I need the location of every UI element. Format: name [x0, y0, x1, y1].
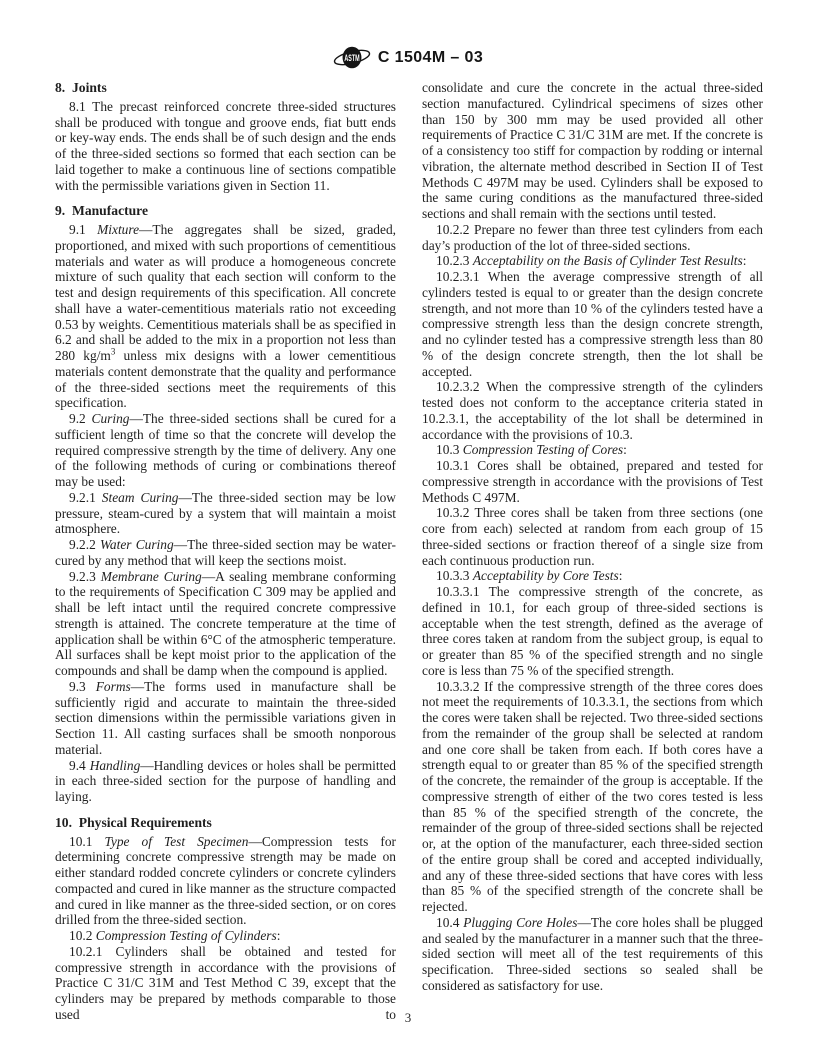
paragraph: 10.3 Compression Testing of Cores: — [422, 442, 763, 458]
italic-run: Steam Curing — [102, 490, 179, 505]
text-run: 9.3 — [69, 679, 96, 694]
italic-run: Type of Test Specimen — [104, 834, 248, 849]
text-run: 9.1 — [69, 222, 97, 237]
paragraph: 10.3.3 Acceptability by Core Tests: — [422, 568, 763, 584]
italic-run: Water Curing — [100, 537, 174, 552]
text-run: 8.1 The precast reinforced concrete thre… — [55, 99, 396, 193]
paragraph: 9.1 Mixture—The aggregates shall be size… — [55, 222, 396, 411]
text-run: —A sealing membrane conforming to the re… — [55, 569, 396, 679]
doc-code: C 1504M – 03 — [378, 49, 483, 67]
text-run: : — [623, 442, 627, 457]
paragraph: 9.3 Forms—The forms used in manufacture … — [55, 679, 396, 758]
text-run: 10.3.2 Three cores shall be taken from t… — [422, 505, 763, 567]
paragraph: 9.2.2 Water Curing—The three-sided secti… — [55, 537, 396, 569]
text-run: : — [743, 253, 747, 268]
italic-run: Handling — [90, 758, 141, 773]
italic-run: Curing — [92, 411, 130, 426]
section-heading: 10. Physical Requirements — [55, 815, 396, 831]
paragraph: 8.1 The precast reinforced concrete thre… — [55, 99, 396, 194]
italic-run: Plugging Core Holes — [463, 915, 577, 930]
text-run: 10.3.1 Cores shall be obtained, prepared… — [422, 458, 763, 505]
text-run: 10.3.3.2 If the compressive strength of … — [422, 679, 763, 915]
document-page: ASTM C 1504M – 03 8. Joints8.1 The preca… — [0, 0, 816, 1056]
text-run: 9.2.1 — [69, 490, 102, 505]
text-run: 10.2.2 Prepare no fewer than three test … — [422, 222, 763, 253]
astm-logo-icon: ASTM — [333, 44, 371, 71]
paragraph: 10.3.3.2 If the compressive strength of … — [422, 679, 763, 915]
paragraph: 10.2.3 Acceptability on the Basis of Cyl… — [422, 253, 763, 269]
paragraph: 9.4 Handling—Handling devices or holes s… — [55, 758, 396, 805]
text-run: 10.1 — [69, 834, 104, 849]
text-run: : — [277, 928, 281, 943]
paragraph: 10.1 Type of Test Specimen—Compression t… — [55, 834, 396, 929]
paragraph: consolidate and cure the concrete in the… — [422, 80, 763, 222]
paragraph: 10.4 Plugging Core Holes—The core holes … — [422, 915, 763, 994]
text-run: 9.2 — [69, 411, 92, 426]
paragraph: 10.3.1 Cores shall be obtained, prepared… — [422, 458, 763, 505]
text-run: 9.2.3 — [69, 569, 101, 584]
astm-logo-text: ASTM — [344, 53, 359, 64]
section-heading: 9. Manufacture — [55, 203, 396, 219]
text-run: 9.2.2 — [69, 537, 100, 552]
italic-run: Acceptability by Core Tests — [473, 568, 619, 583]
paragraph: 9.2.3 Membrane Curing—A sealing membrane… — [55, 569, 396, 679]
paragraph: 10.3.2 Three cores shall be taken from t… — [422, 505, 763, 568]
italic-run: Forms — [96, 679, 131, 694]
page-body: 8. Joints8.1 The precast reinforced conc… — [55, 80, 763, 1023]
italic-run: Compression Testing of Cores — [463, 442, 623, 457]
italic-run: Membrane Curing — [101, 569, 202, 584]
document-header: ASTM C 1504M – 03 — [0, 44, 816, 71]
italic-run: Mixture — [97, 222, 139, 237]
text-run: 10.3.3 — [436, 568, 473, 583]
text-run: —The aggregates shall be sized, graded, … — [55, 222, 396, 363]
italic-run: Compression Testing of Cylinders — [96, 928, 277, 943]
italic-run: Acceptability on the Basis of Cylinder T… — [473, 253, 743, 268]
text-run: 10.3 — [436, 442, 463, 457]
text-run: 9.4 — [69, 758, 90, 773]
paragraph: 9.2.1 Steam Curing—The three-sided secti… — [55, 490, 396, 537]
paragraph: 10.2.3.1 When the average compressive st… — [422, 269, 763, 379]
paragraph: 10.3.3.1 The compressive strength of the… — [422, 584, 763, 679]
paragraph: 10.2.2 Prepare no fewer than three test … — [422, 222, 763, 254]
right-column: consolidate and cure the concrete in the… — [422, 80, 763, 1023]
text-run: consolidate and cure the concrete in the… — [422, 80, 763, 221]
paragraph: 10.2.3.2 When the compressive strength o… — [422, 379, 763, 442]
paragraph: 10.2 Compression Testing of Cylinders: — [55, 928, 396, 944]
text-run: 10.2 — [69, 928, 96, 943]
text-run: 10.2.3.2 When the compressive strength o… — [422, 379, 763, 441]
left-column: 8. Joints8.1 The precast reinforced conc… — [55, 80, 396, 1023]
text-run: : — [619, 568, 623, 583]
text-run: 10.4 — [436, 915, 463, 930]
text-run: 10.2.3.1 When the average compressive st… — [422, 269, 763, 379]
paragraph: 9.2 Curing—The three-sided sections shal… — [55, 411, 396, 490]
section-heading: 8. Joints — [55, 80, 396, 96]
text-run: 10.3.3.1 The compressive strength of the… — [422, 584, 763, 678]
text-run: 10.2.3 — [436, 253, 473, 268]
page-number: 3 — [0, 1010, 816, 1026]
